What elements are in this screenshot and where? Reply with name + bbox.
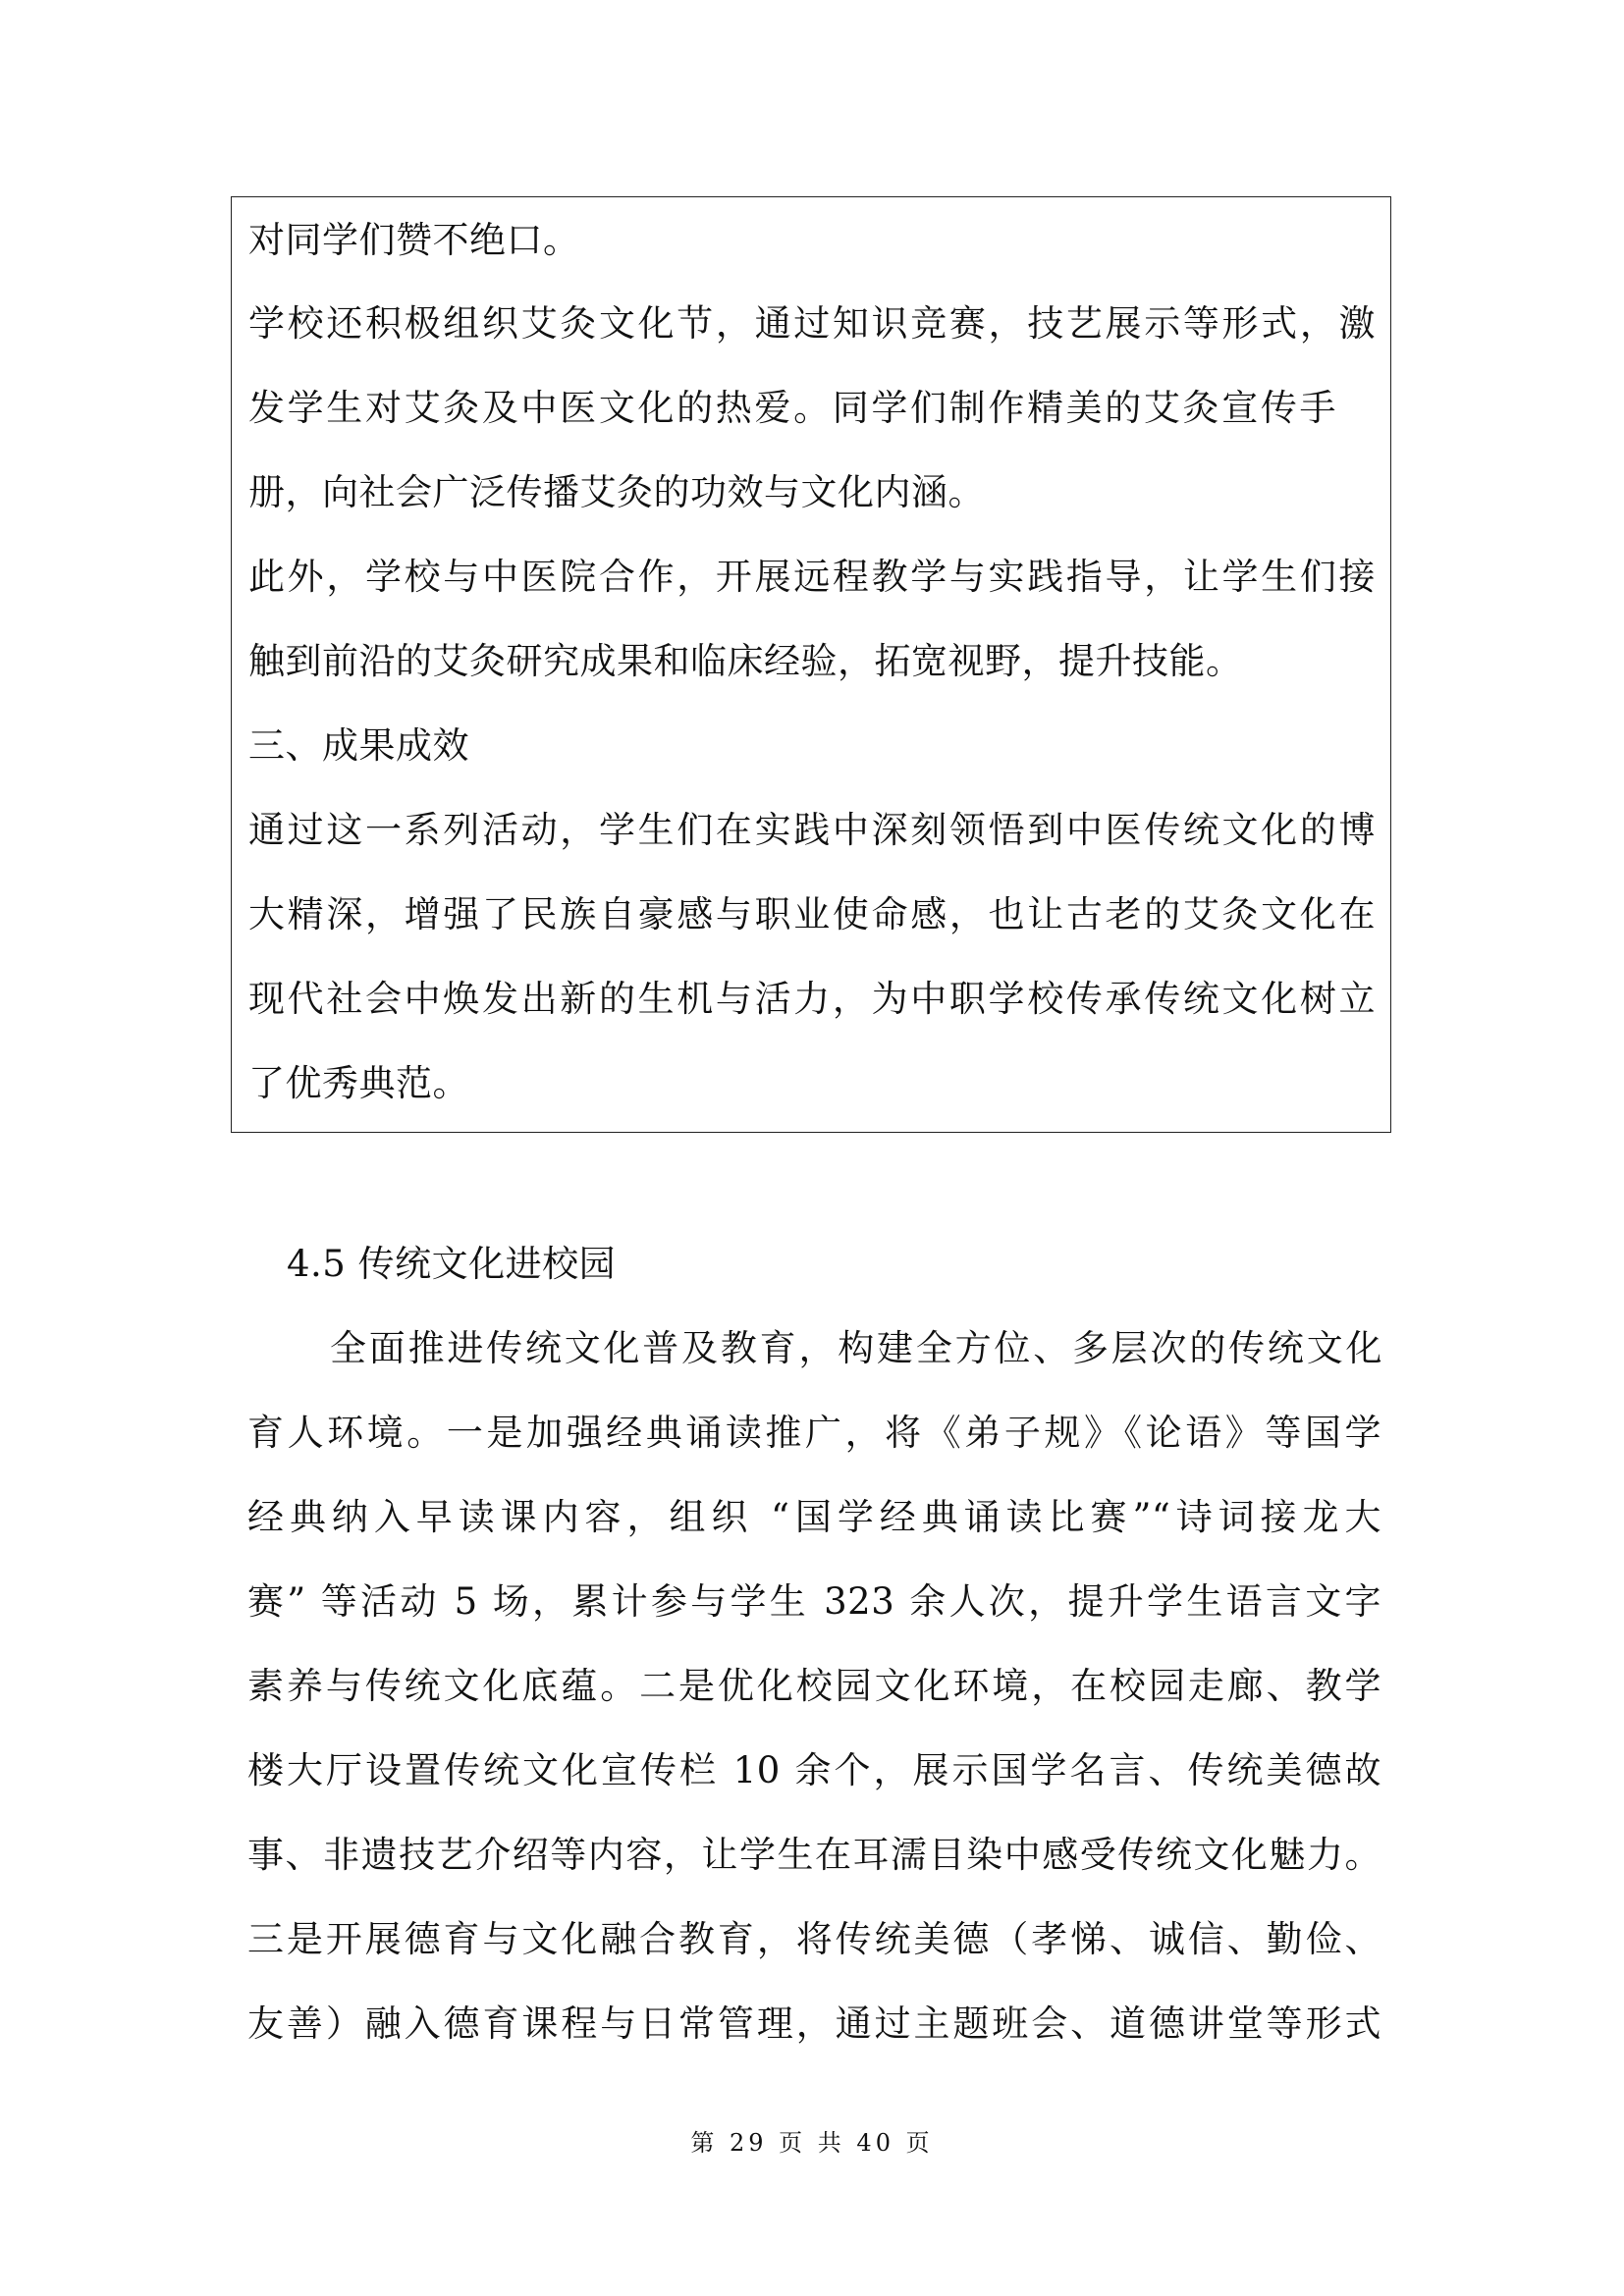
paragraph-line: 经典纳入早读课内容，组织 “国学经典诵读比赛”“诗词接龙大: [247, 1496, 1381, 1539]
page-number-footer: 第 29 页 共 40 页: [0, 2123, 1624, 2158]
document-page: 对同学们赞不绝口。 学校还积极组织艾灸文化节，通过知识竞赛，技艺展示等形式，激 …: [0, 0, 1624, 2296]
paragraph-line: 三是开展德育与文化融合教育，将传统美德（孝悌、诚信、勤俭、: [247, 1918, 1381, 1961]
paragraph-line: 育人环境。一是加强经典诵读推广，将《弟子规》《论语》等国学: [247, 1412, 1381, 1455]
box-line: 发学生对艾灸及中医文化的热爱。同学们制作精美的艾灸宣传手: [248, 387, 1336, 430]
bordered-text-box: 对同学们赞不绝口。 学校还积极组织艾灸文化节，通过知识竞赛，技艺展示等形式，激 …: [231, 196, 1391, 1133]
paragraph-line: 楼大厅设置传统文化宣传栏 10 余个，展示国学名言、传统美德故: [247, 1749, 1381, 1792]
box-line: 此外，学校与中医院合作，开展远程教学与实践指导，让学生们接: [248, 556, 1376, 599]
box-line: 大精深，增强了民族自豪感与职业使命感，也让古老的艾灸文化在: [248, 893, 1376, 936]
box-line: 触到前沿的艾灸研究成果和临床经验，拓宽视野，提升技能。: [248, 640, 1243, 683]
box-line: 学校还积极组织艾灸文化节，通过知识竞赛，技艺展示等形式，激: [248, 302, 1376, 346]
box-line: 册，向社会广泛传播艾灸的功效与文化内涵。: [248, 471, 985, 514]
box-line: 通过这一系列活动，学生们在实践中深刻领悟到中医传统文化的博: [248, 809, 1376, 852]
box-line: 对同学们赞不绝口。: [248, 219, 580, 262]
paragraph-line: 友善）融入德育课程与日常管理，通过主题班会、道德讲堂等形式: [247, 2002, 1381, 2046]
paragraph-line: 全面推进传统文化普及教育，构建全方位、多层次的传统文化: [330, 1327, 1382, 1370]
paragraph-line: 赛” 等活动 5 场，累计参与学生 323 余人次，提升学生语言文字: [247, 1580, 1381, 1624]
section-heading-results: 三、成果成效: [248, 724, 469, 768]
box-line: 现代社会中焕发出新的生机与活力，为中职学校传承传统文化树立: [248, 978, 1376, 1021]
paragraph-line: 素养与传统文化底蕴。二是优化校园文化环境，在校园走廊、教学: [247, 1665, 1381, 1708]
paragraph-line: 事、非遗技艺介绍等内容，让学生在耳濡目染中感受传统文化魅力。: [247, 1834, 1381, 1877]
section-heading: 4.5 传统文化进校园: [287, 1243, 616, 1286]
box-line: 了优秀典范。: [248, 1062, 469, 1105]
